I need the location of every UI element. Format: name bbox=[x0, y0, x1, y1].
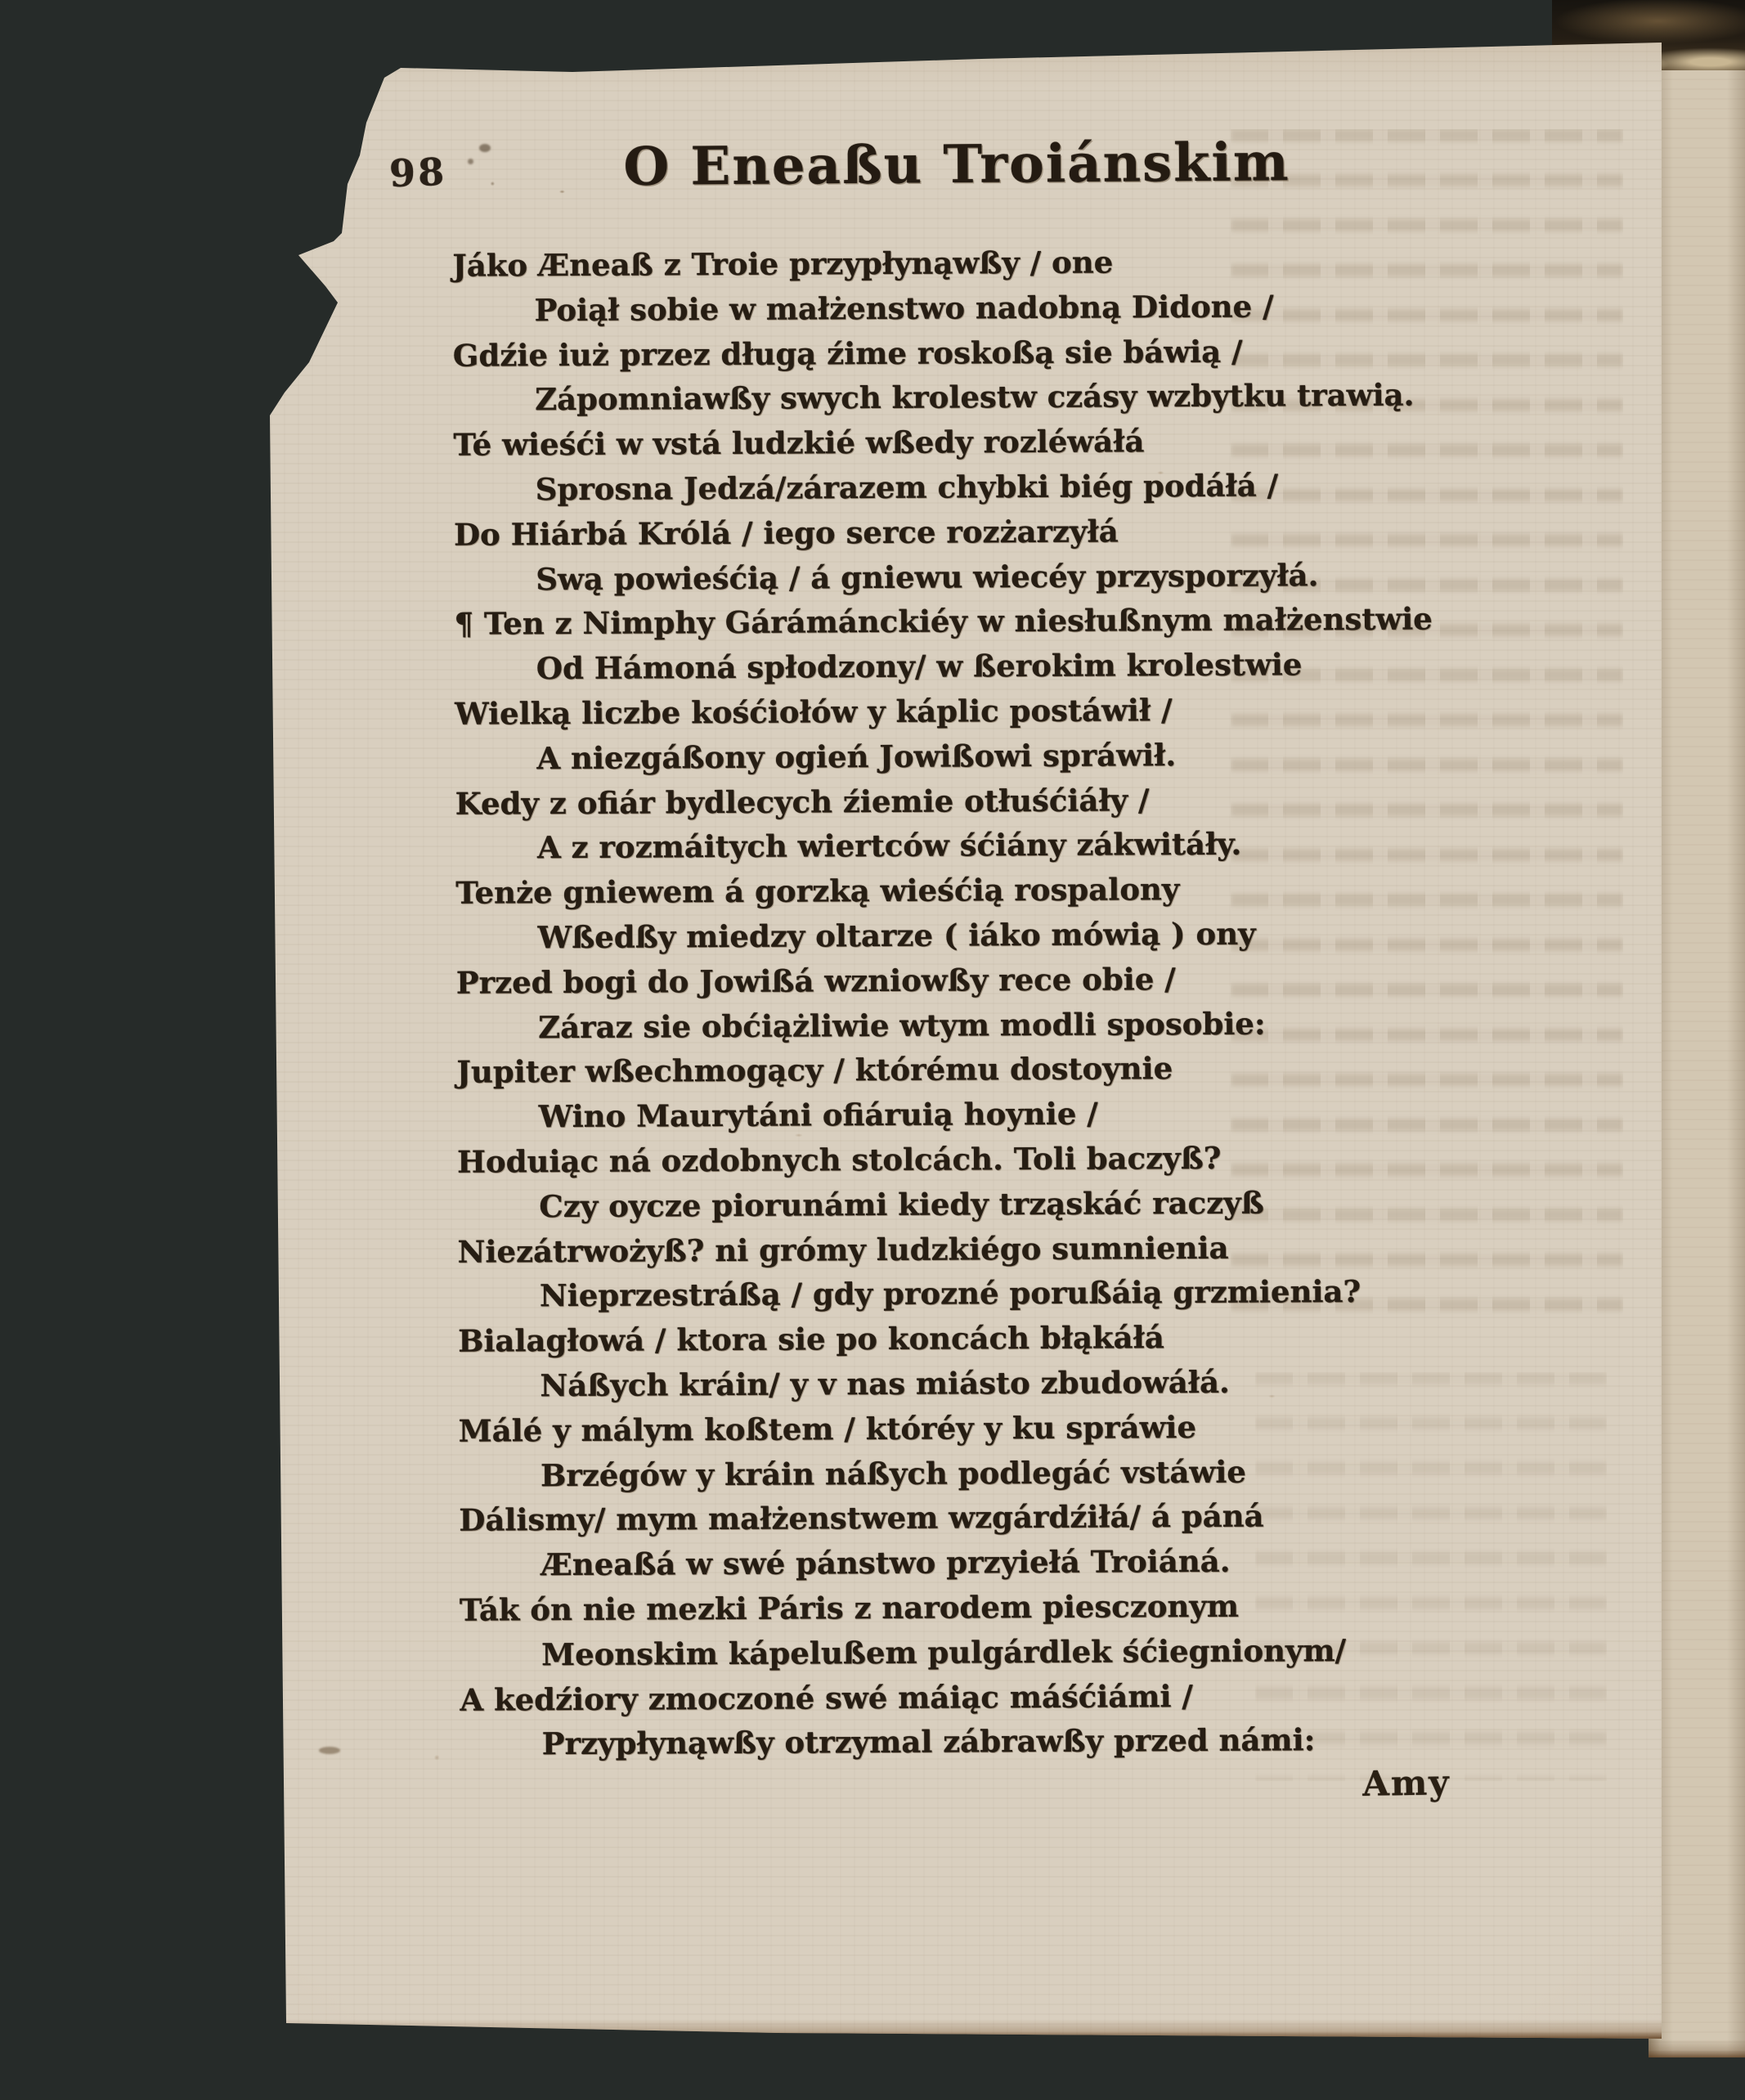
poem-line: Dálismy/ mym małżenstwem wzgárdźiłá/ á p… bbox=[459, 1492, 1628, 1543]
poem-line: Przed bogi do Jowißá wzniowßy rece obie … bbox=[456, 954, 1626, 1005]
poem-line: Náßych kráin/ y v nas miásto zbudowáłá. bbox=[540, 1357, 1627, 1408]
poem-line: Té wieśći w vstá ludzkié wßedy rozléwáłá bbox=[453, 416, 1622, 467]
book-page: 98 O Eneaßu Troiánskim Jáko Æneaß z Troi… bbox=[270, 31, 1662, 2039]
poem-line: Bialagłowá / ktora sie po koncách błąkáł… bbox=[458, 1312, 1627, 1363]
book-scan: 98 O Eneaßu Troiánskim Jáko Æneaß z Troi… bbox=[0, 0, 1745, 2100]
poem-line: A niezgáßony ogień Jowißowi spráwił. bbox=[536, 730, 1624, 781]
poem-line: Gdźie iuż przez długą źime roskoßą sie b… bbox=[453, 327, 1622, 378]
poem-line: Od Hámoná spłodzony/ w ßerokim krolestwi… bbox=[536, 640, 1624, 691]
poem-line: Czy oycze piorunámi kiedy trząskáć raczy… bbox=[539, 1178, 1626, 1229]
poem-line: Jupiter wßechmogący / którému dostoynie bbox=[456, 1044, 1626, 1095]
poem-line: Jáko Æneaß z Troie przypłynąwßy / one bbox=[452, 237, 1622, 288]
poem-line: Záraz sie obćiążliwie wtym modli sposobi… bbox=[538, 999, 1626, 1050]
poem-line: Sprosna Jedzá/zárazem chybki biég podáłá… bbox=[536, 461, 1623, 512]
poem-line: Nieprzestráßą / gdy prozné porußáią grzm… bbox=[540, 1268, 1627, 1319]
poem-line: ¶ Ten z Nimphy Gárámánckiéy w niesłußnym… bbox=[454, 596, 1623, 647]
ink-stain bbox=[319, 1747, 340, 1754]
poem-line: Zápomniawßy swych krolestw czásy wzbytku… bbox=[535, 372, 1622, 423]
running-title: O Eneaßu Troiánskim bbox=[515, 131, 1398, 199]
poem-line: Tenże gniewem á gorzką wieśćią rospalony bbox=[455, 864, 1625, 915]
ink-stain bbox=[479, 144, 491, 152]
poem-line: Przypłynąwßy otrzymal zábrawßy przed nám… bbox=[542, 1716, 1630, 1767]
poem-line: Kedy z ofiár bydlecych źiemie otłuśćiáły… bbox=[455, 775, 1625, 826]
poem-line: Hoduiąc ná ozdobnych stolcách. Toli bacz… bbox=[457, 1133, 1626, 1184]
ink-stain bbox=[468, 159, 473, 164]
page-number: 98 bbox=[388, 150, 447, 195]
poem-line: Poiął sobie w małżenstwo nadobną Didone … bbox=[534, 282, 1622, 333]
poem-line: Wielką liczbe kośćiołów y káplic postáwi… bbox=[455, 685, 1624, 736]
poem-line: Do Hiárbá Królá / iego serce rozżarzyłá bbox=[454, 506, 1623, 557]
poem-line: Niezátrwożyß? ni grómy ludzkiégo sumnien… bbox=[457, 1223, 1626, 1274]
poem-line: A z rozmáitych wiertców śćiány zákwitáły… bbox=[537, 820, 1625, 871]
poem-line: Æneaßá w swé pánstwo przyiełá Troiáná. bbox=[541, 1537, 1628, 1587]
page-bottom-edge-shadow bbox=[270, 2017, 1662, 2039]
poem-line: Ták ón nie mezki Páris z narodem piesczo… bbox=[460, 1582, 1629, 1632]
poem-text: Jáko Æneaß z Troie przypłynąwßy / onePoi… bbox=[452, 237, 1630, 1767]
poem-line: Meonskim kápelußem pulgárdlek śćiegniony… bbox=[541, 1627, 1629, 1677]
adjacent-page-edge bbox=[1649, 0, 1745, 2057]
poem-line: A kedźiory zmoczoné swé máiąc máśćiámi / bbox=[460, 1671, 1629, 1722]
poem-line: Málé y málym koßtem / któréy y ku spráwi… bbox=[459, 1402, 1628, 1453]
poem-line: Swą powieśćią / á gniewu wiecéy przyspor… bbox=[536, 551, 1623, 602]
poem-line: Wßedßy miedzy oltarze ( iáko mówią ) ony bbox=[537, 909, 1625, 960]
catchword: Amy bbox=[1317, 1761, 1497, 1805]
poem-line: Wino Maurytáni ofiáruią hoynie / bbox=[539, 1088, 1626, 1139]
poem-line: Brzégów y kráin náßych podlegáć vstáwie bbox=[541, 1447, 1628, 1498]
